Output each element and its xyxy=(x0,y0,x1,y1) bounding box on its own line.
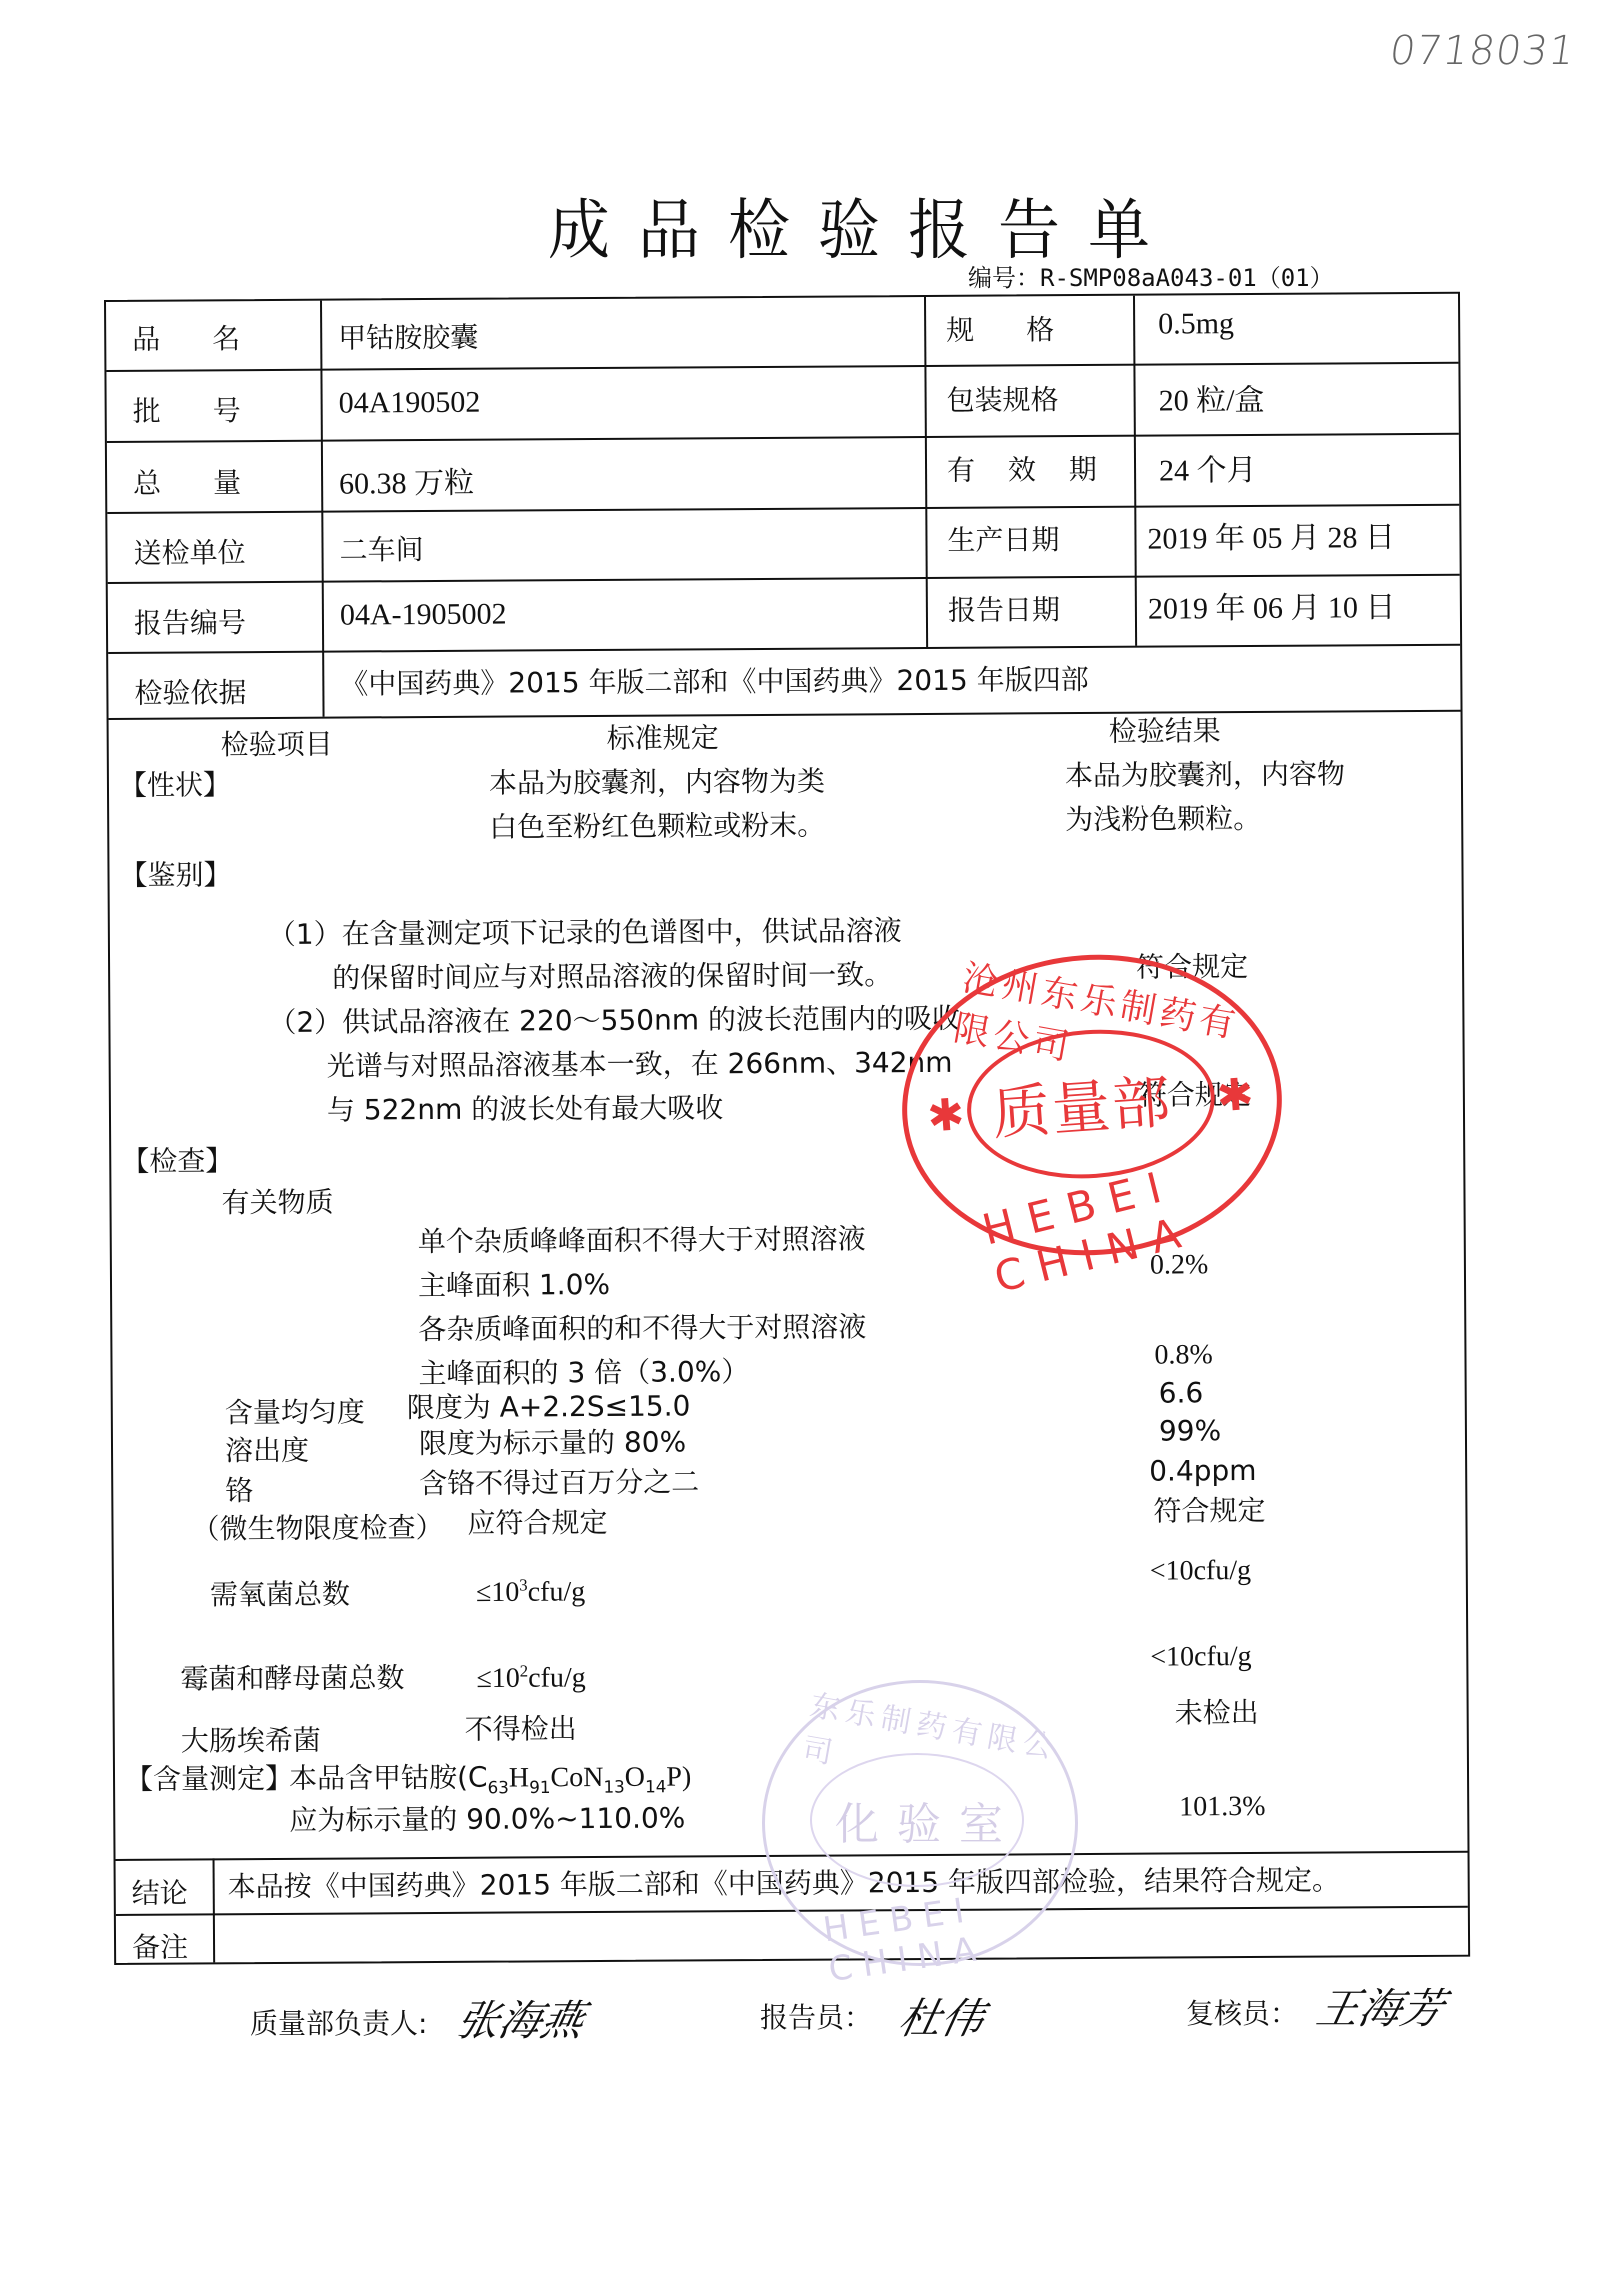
identification-item1-line1: （1）在含量测定项下记录的色谱图中，供试品溶液 xyxy=(268,909,902,957)
identification-item1-line2: 的保留时间应与对照品溶液的保留时间一致。 xyxy=(332,953,892,1000)
label-batch: 批号 xyxy=(133,389,293,430)
microbial-standard: 应符合规定 xyxy=(467,1501,607,1546)
value-packaging: 20 粒/盒 xyxy=(1158,375,1264,420)
handwritten-archive-number: 0718031 xyxy=(1387,28,1579,74)
section-label-identification: 【鉴别】 xyxy=(119,853,231,898)
reporter-signature: 杜伟 xyxy=(894,1986,991,2046)
assay-line2: 应为标示量的 90.0%~110.0% xyxy=(289,1796,685,1842)
section-label-tests: 【检查】 xyxy=(121,1139,233,1184)
aerobic-standard: ≤103cfu/g xyxy=(476,1563,586,1615)
label-report-date: 报告日期 xyxy=(948,588,1060,629)
dissolution-label: 溶出度 xyxy=(225,1429,309,1474)
document-number: 编号：R-SMP08aA043-01（01） xyxy=(968,258,1334,293)
qa-head-signature: 张海燕 xyxy=(452,1988,591,2048)
section-label-assay: 【含量测定】 xyxy=(125,1757,293,1802)
label-product-name: 品名 xyxy=(132,317,292,358)
identification-item2-result: 符合规定 xyxy=(1139,1073,1251,1118)
aerobic-label: 需氧菌总数 xyxy=(210,1573,350,1618)
label-production-date: 生产日期 xyxy=(947,518,1059,559)
conclusion-label: 结论 xyxy=(132,1872,188,1916)
col-divider xyxy=(213,1858,216,1962)
label-spec: 规格 xyxy=(946,308,1106,349)
appearance-standard-line2: 白色至粉红色颗粒或粉末。 xyxy=(489,804,825,850)
label-submitting-unit: 送检单位 xyxy=(133,531,245,572)
appearance-standard-line1: 本品为胶囊剂，内容物为类 xyxy=(489,760,825,806)
related-single-line2: 主峰面积 1.0% xyxy=(418,1263,610,1308)
chromium-result: 0.4ppm xyxy=(1149,1449,1257,1494)
col-divider xyxy=(924,297,928,647)
value-report-date: 2019 年 06 月 10 日 xyxy=(1148,582,1396,628)
value-quantity: 60.38 万粒 xyxy=(339,458,474,503)
value-basis: 《中国药典》2015 年版二部和《中国药典》2015 年版四部 xyxy=(340,658,1089,703)
ecoli-standard: 不得检出 xyxy=(465,1707,577,1752)
related-substances-label: 有关物质 xyxy=(221,1181,333,1226)
value-product-name: 甲钴胺胶囊 xyxy=(338,316,478,357)
row-divider xyxy=(107,433,1459,443)
microbial-label: （微生物限度检查） xyxy=(191,1506,443,1552)
related-single-result: 0.2% xyxy=(1150,1243,1209,1287)
value-expiry: 24 个月 xyxy=(1159,445,1257,490)
qa-head-label: 质量部负责人: xyxy=(250,2002,427,2042)
reporter-label: 报告员： xyxy=(760,1996,872,2036)
identification-item2-line2: 光谱与对照品溶液基本一致，在 266nm、342nm xyxy=(327,1041,953,1089)
label-packaging: 包装规格 xyxy=(946,378,1058,419)
dissolution-standard: 限度为标示量的 80% xyxy=(419,1420,686,1466)
mold-yeast-result: <10cfu/g xyxy=(1150,1635,1252,1680)
microbial-result: 符合规定 xyxy=(1153,1489,1265,1534)
conclusion-text: 本品按《中国药典》2015 年版二部和《中国药典》2015 年版四部检验，结果符… xyxy=(228,1858,1341,1909)
assay-result: 101.3% xyxy=(1179,1785,1266,1830)
label-report-number: 报告编号 xyxy=(134,601,246,642)
reviewer-signature: 王海芳 xyxy=(1312,1976,1451,2036)
label-basis: 检验依据 xyxy=(134,671,246,712)
row-divider xyxy=(109,710,1461,720)
appearance-result-line1: 本品为胶囊剂，内容物 xyxy=(1065,752,1345,798)
aerobic-result: <10cfu/g xyxy=(1150,1549,1252,1594)
label-quantity: 总量 xyxy=(133,461,293,502)
value-submitting-unit: 二车间 xyxy=(339,528,423,569)
label-expiry: 有 效 期 xyxy=(947,448,1109,489)
value-batch: 04A190502 xyxy=(339,386,481,421)
mold-yeast-standard: ≤102cfu/g xyxy=(476,1649,586,1701)
column-heading-item: 检验项目 xyxy=(221,723,333,768)
chromium-standard: 含铬不得过百万分之二 xyxy=(419,1460,699,1506)
row-divider xyxy=(106,362,1458,372)
col-divider xyxy=(320,301,325,717)
identification-item2-line1: （2）供试品溶液在 220～550nm 的波长范围内的吸收 xyxy=(268,997,960,1045)
column-heading-standard: 标准规定 xyxy=(607,716,719,761)
reviewer-label: 复核员： xyxy=(1186,1992,1298,2032)
value-production-date: 2019 年 05 月 28 日 xyxy=(1147,512,1395,558)
identification-item2-line3: 与 522nm 的波长处有最大吸收 xyxy=(327,1086,724,1132)
row-divider xyxy=(108,644,1460,654)
mold-yeast-label: 霉菌和酵母菌总数 xyxy=(180,1656,404,1701)
report-table: 品名 甲钴胺胶囊 规格 0.5mg 批号 04A190502 包装规格 20 粒… xyxy=(104,292,1470,1965)
column-heading-result: 检验结果 xyxy=(1109,709,1221,754)
appearance-result-line2: 为浅粉色颗粒。 xyxy=(1065,797,1261,842)
related-total-line1: 各杂质峰面积的和不得大于对照溶液 xyxy=(418,1305,866,1352)
col-divider xyxy=(1133,296,1137,646)
related-single-line1: 单个杂质峰峰面积不得大于对照溶液 xyxy=(418,1217,866,1264)
value-spec: 0.5mg xyxy=(1158,307,1234,341)
remarks-label: 备注 xyxy=(132,1926,188,1970)
ecoli-result: 未检出 xyxy=(1175,1691,1259,1736)
value-report-number: 04A-1905002 xyxy=(340,598,507,633)
section-label-appearance: 【性状】 xyxy=(119,763,231,808)
identification-item1-result: 符合规定 xyxy=(1136,945,1248,990)
dissolution-result: 99% xyxy=(1159,1409,1222,1453)
